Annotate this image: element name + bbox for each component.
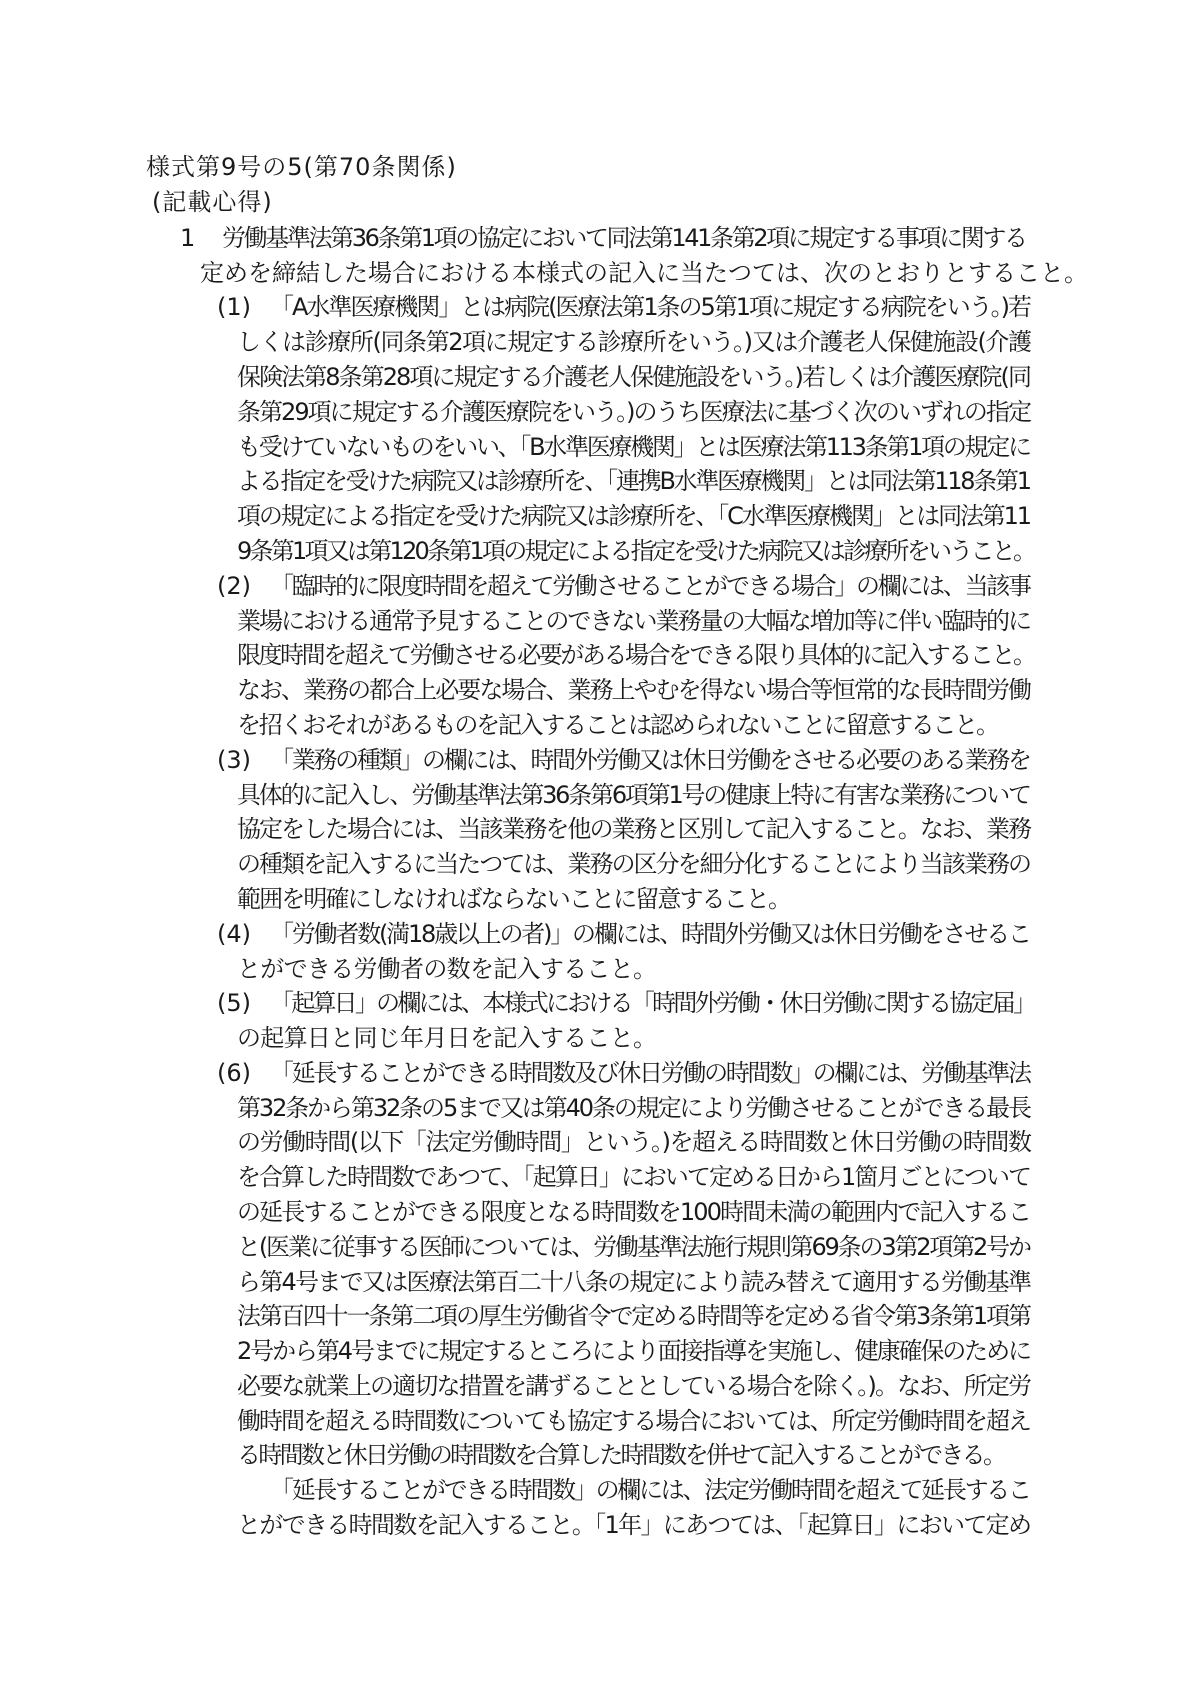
subitem-line: 「A水準医療機関」とは病院(医療法第1条の5第1項に規定する病院をいう。)若 (270, 290, 1030, 324)
subitem-line: の種類を記入するに当たつては、業務の区分を細分化することにより当該業務の (237, 847, 1030, 881)
subitem-line: 保険法第8条第28項に規定する介護老人保健施設をいう。)若しくは介護医療院(同 (237, 360, 1030, 394)
subitem-line: 条第29項に規定する介護医療院をいう。)のうち医療法に基づく次のいずれの指定 (237, 395, 1030, 429)
subitem-number: (6) (217, 1056, 251, 1090)
subitem-line: 範囲を明確にしなければならないことに留意すること。 (237, 882, 790, 916)
subitem-line: 「業務の種類」の欄には、時間外労働又は休日労働をさせる必要のある業務を (270, 743, 1030, 777)
subitem-line: を合算した時間数であつて、「起算日」において定める日から1箇月ごとについて (237, 1160, 1030, 1194)
subitem-line: 「延長することができる時間数及び休日労働の時間数」の欄には、労働基準法 (270, 1056, 1030, 1090)
subitem-line: の労働時間(以下「法定労働時間」という。)を超える時間数と休日労働の時間数 (237, 1125, 1031, 1159)
subitem-line: の延長することができる限度となる時間数を100時間未満の範囲内で記入するこ (237, 1195, 1030, 1229)
subitem-number: (4) (217, 917, 251, 951)
subitem-line: よる指定を受けた病院又は診療所を、「連携B水準医療機関」とは同法第118条第1 (237, 464, 1030, 498)
subitem-line: とができる労働者の数を記入すること。 (237, 952, 656, 986)
subitem-line: 法第百四十一条第二項の厚生労働省令で定める時間等を定める省令第3条第1項第 (237, 1299, 1030, 1333)
subitem-line: ら第4号まで又は医療法第百二十八条の規定により読み替えて適用する労働基準 (237, 1265, 1030, 1299)
subitem-line: 業場における通常予見することのできない業務量の大幅な増加等に伴い臨時的に (237, 604, 1030, 638)
subitem-line: 項の規定による指定を受けた病院又は診療所を、「C水準医療機関」とは同法第11 (237, 499, 1030, 533)
item-number: 1 (180, 221, 195, 255)
item1-line: 定めを締結した場合における本様式の記入に当たつては、次のとおりとすること。 (200, 256, 1002, 290)
subitem-line: 具体的に記入し、労働基準法第36条第6項第1号の健康上特に有害な業務について (237, 778, 1030, 812)
subitem-line: 「労働者数(満18歳以上の者)」の欄には、時間外労働又は休日労働をさせるこ (270, 917, 1030, 951)
subitem-line: と(医業に従事する医師については、労働基準法施行規則第69条の3第2項第2号か (237, 1230, 1030, 1264)
subitem-line: を招くおそれがあるものを記入することは認められないことに留意すること。 (237, 708, 998, 742)
subitem-line: 限度時間を超えて労働させる必要がある場合をできる限り具体的に記入すること。 (237, 638, 1035, 672)
subitem-line: なお、業務の都合上必要な場合、業務上やむを得ない場合等恒常的な長時間労働 (237, 673, 1030, 707)
subitem-line: 9条第1項又は第120条第1項の規定による指定を受けた病院又は診療所をいうこと。 (237, 534, 1034, 568)
subitem-line: も受けていないものをいい、「B水準医療機関」とは医療法第113条第1項の規定に (237, 430, 1030, 464)
item1-line: 労働基準法第36条第1項の協定において同法第141条第2項に規定する事項に関する (222, 221, 1026, 255)
section-heading: (記載心得) (152, 185, 273, 219)
subitem-paragraph-line: とができる時間数を記入すること。「1年」にあつては、「起算日」において定め (237, 1508, 1030, 1542)
subitem-number: (2) (217, 569, 251, 603)
subitem-number: (3) (217, 743, 251, 777)
subitem-line: 2号から第4号までに規定するところにより面接指導を実施し、健康確保のために (237, 1334, 1030, 1368)
subitem-line: の起算日と同じ年月日を記入すること。 (237, 1021, 656, 1055)
subitem-line: 「起算日」の欄には、本様式における「時間外労働・休日労働に関する協定届」 (270, 986, 1034, 1020)
subitem-number: (5) (217, 986, 251, 1020)
subitem-line: 第32条から第32条の5まで又は第40条の規定により労働させることができる最長 (237, 1091, 1030, 1125)
subitem-number: (1) (217, 290, 251, 324)
subitem-line: しくは診療所(同条第2項に規定する診療所をいう。)又は介護老人保健施設(介護 (237, 325, 1031, 359)
document-page: 様式第9号の5(第70条関係) (記載心得) 1 労働基準法第36条第1項の協定… (0, 0, 1181, 1695)
subitem-line: 「臨時的に限度時間を超えて労働させることができる場合」の欄には、当該事 (270, 569, 1030, 603)
subitem-paragraph-line: 「延長することができる時間数」の欄には、法定労働時間を超えて延長するこ (270, 1473, 1030, 1507)
form-title: 様式第9号の5(第70条関係) (146, 150, 457, 184)
subitem-line: 必要な就業上の適切な措置を講ずることとしている場合を除く。)。なお、所定労 (237, 1369, 1030, 1403)
subitem-line: る時間数と休日労働の時間数を合算した時間数を併せて記入することができる。 (237, 1438, 1004, 1472)
subitem-line: 働時間を超える時間数についても協定する場合においては、所定労働時間を超え (237, 1404, 1030, 1438)
subitem-line: 協定をした場合には、当該業務を他の業務と区別して記入すること。なお、業務 (237, 812, 1030, 846)
